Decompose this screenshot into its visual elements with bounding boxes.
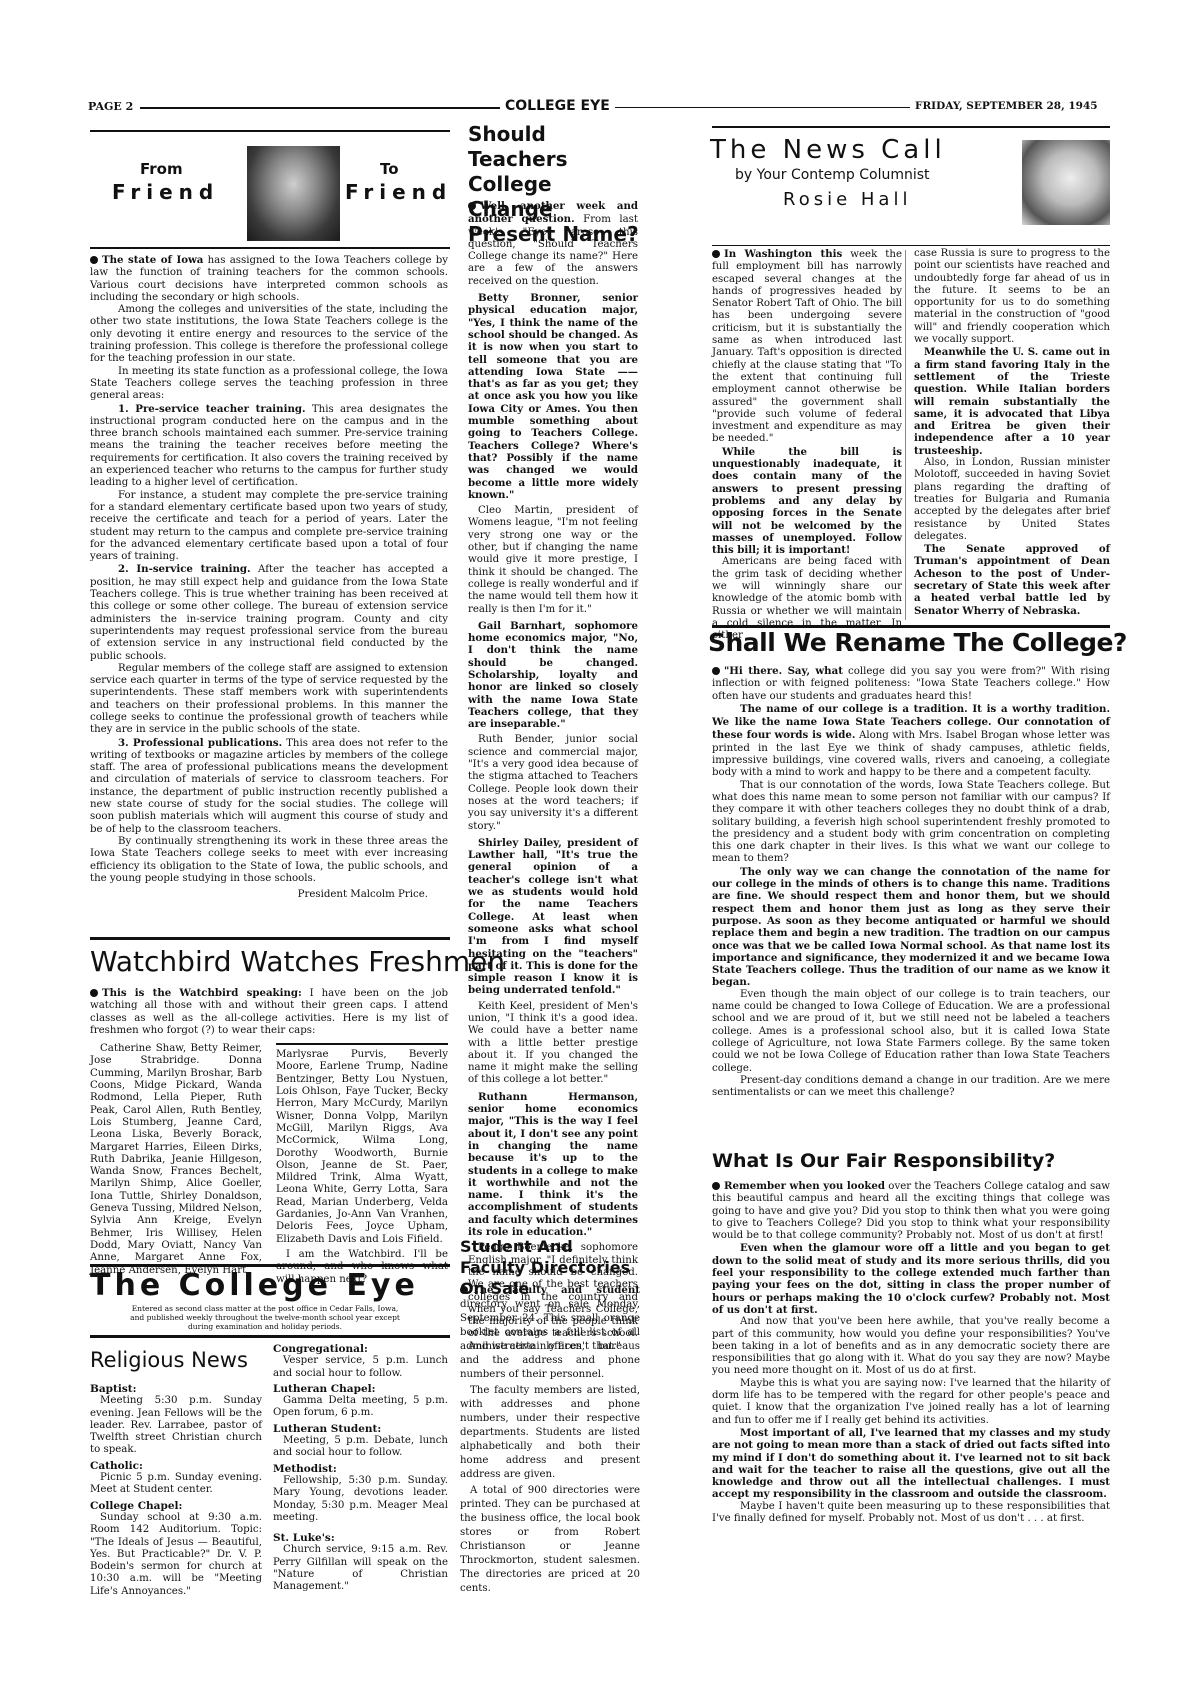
section-rule [90, 1335, 450, 1338]
should-change-intro: Well, another week and another question.… [468, 200, 638, 288]
article-paragraph: Among the colleges and universities of t… [90, 304, 448, 365]
religious-left-column: Baptist: Meeting 5:30 p.m. Sunday evenin… [90, 1380, 262, 1598]
denomination-body: Gamma Delta meeting, 5 p.m. Open forum, … [273, 1395, 448, 1420]
masthead-rule-left [140, 107, 500, 109]
article-paragraph: 3. Professional publications. This area … [90, 737, 448, 836]
rename-paragraph: The only way we can change the connotati… [712, 866, 1110, 989]
denomination-heading: Methodist: [273, 1463, 448, 1475]
college-eye-nameplate: The College Eye [90, 1268, 419, 1303]
denomination-heading: St. Luke's: [273, 1532, 448, 1544]
section-rule [90, 937, 450, 940]
article-paragraph: 1. Pre-service teacher training. This ar… [90, 403, 448, 490]
freshmen-list-right: Marlysrae Purvis, Beverly Moore, Earlene… [276, 1043, 448, 1246]
denomination-heading: College Chapel: [90, 1500, 262, 1512]
news-call-paragraph: Meanwhile the U. S. came out in a firm s… [914, 346, 1110, 457]
watchbird-article: This is the Watchbird speaking: I have b… [90, 987, 448, 1286]
friend-right-label: Friend [345, 180, 452, 204]
denomination-heading: Congregational: [273, 1343, 448, 1355]
to-label: To [380, 160, 399, 178]
responsibility-paragraph: Remember when you looked over the Teache… [712, 1180, 1110, 1242]
bullet-icon [90, 256, 98, 264]
news-call-paragraph: case Russia is sure to progress to the p… [914, 248, 1110, 346]
bullet-icon [712, 250, 720, 258]
rename-paragraph: "Hi there. Say, what college did you say… [712, 665, 1110, 703]
denomination-body: Meeting 5:30 p.m. Sunday evening. Jean F… [90, 1395, 262, 1456]
responsibility-paragraph: And now that you've been here awhile, th… [712, 1316, 1110, 1377]
directories-paragraph: A total of 900 directories were printed.… [460, 1484, 640, 1596]
denomination-heading: Lutheran Chapel: [273, 1383, 448, 1395]
section-rule [90, 247, 450, 249]
directories-article: The faculty and student directory went o… [460, 1283, 640, 1596]
responsibility-article: Remember when you looked over the Teache… [712, 1180, 1110, 1525]
section-rule [712, 126, 1110, 128]
article-paragraph: In meeting its state function as a profe… [90, 366, 448, 403]
rename-paragraph: That is our connotation of the words, Io… [712, 780, 1110, 866]
portrait-photo [247, 146, 340, 241]
friend-left-label: Friend [112, 180, 219, 204]
bullet-icon [712, 667, 720, 675]
watchbird-title: Watchbird Watches Freshmen [90, 945, 505, 978]
section-rule [712, 245, 1110, 246]
denomination-body: Meeting, 5 p.m. Debate, lunch and social… [273, 1435, 448, 1460]
signature: President Malcolm Price. [90, 889, 448, 901]
article-paragraph: 2. In-service training. After the teache… [90, 563, 448, 662]
religious-news-title: Religious News [90, 1348, 248, 1372]
bullet-icon [468, 202, 476, 210]
article-paragraph: The state of Iowa has assigned to the Io… [90, 254, 448, 304]
page-number: PAGE 2 [88, 100, 133, 113]
article-paragraph: For instance, a student may complete the… [90, 490, 448, 564]
news-call-paragraph: The Senate approved of Truman's appointm… [914, 543, 1110, 617]
masthead-paper-name: COLLEGE EYE [505, 98, 610, 114]
responsibility-paragraph: Maybe this is what you are saying now: I… [712, 1378, 1110, 1427]
rename-paragraph: Even though the main object of our colle… [712, 989, 1110, 1075]
denomination-body: Picnic 5 p.m. Sunday evening. Meet at St… [90, 1472, 262, 1497]
news-call-paragraph: While the bill is unquestionably inadequ… [712, 446, 902, 557]
article-paragraph: By continually strengthening its work in… [90, 836, 448, 885]
denomination-body: Fellowship, 5:30 p.m. Sunday. Mary Young… [273, 1475, 448, 1524]
religious-right-column: Congregational: Vesper service, 5 p.m. L… [273, 1340, 448, 1594]
bullet-icon [90, 989, 98, 997]
bullet-icon [712, 1182, 720, 1190]
denomination-body: Vesper service, 5 p.m. Lunch and social … [273, 1355, 448, 1380]
news-call-right-column: case Russia is sure to progress to the p… [914, 248, 1110, 617]
from-label: From [140, 160, 183, 178]
freshmen-list-left: Catherine Shaw, Betty Reimer, Jose Strab… [90, 1043, 262, 1277]
answer: Cleo Martin, president of Womens league,… [468, 505, 638, 616]
directories-paragraph: The faculty members are listed, with add… [460, 1384, 640, 1482]
section-rule [90, 130, 450, 132]
responsibility-paragraph: Maybe I haven't quite been measuring up … [712, 1501, 1110, 1526]
responsibility-paragraph: Even when the glamour wore off a little … [712, 1242, 1110, 1316]
answer: Shirley Dailey, president of Lawther hal… [468, 837, 638, 997]
column-divider [905, 250, 906, 620]
news-call-byline: by Your Contemp Columnist [735, 167, 930, 183]
news-call-paragraph: Also, in London, Russian minister Moloto… [914, 457, 1110, 543]
answer: Gail Barnhart, sophomore home economics … [468, 620, 638, 731]
denomination-body: Church service, 9:15 a.m. Rev. Perry Gil… [273, 1544, 448, 1593]
denomination-heading: Lutheran Student: [273, 1423, 448, 1435]
responsibility-paragraph: Most important of all, I've learned that… [712, 1427, 1110, 1501]
answer: Keith Keel, president of Men's union, "I… [468, 1001, 638, 1087]
masthead-rule-right [615, 107, 910, 108]
rename-title: Shall We Rename The College? [708, 628, 1127, 657]
columnist-photo [1022, 140, 1110, 225]
rename-article: "Hi there. Say, what college did you say… [712, 665, 1110, 1099]
news-call-title: The News Call [710, 135, 946, 165]
answer: Ruthann Hermanson, senior home economics… [468, 1091, 638, 1239]
section-rule [90, 1264, 450, 1267]
masthead-date: FRIDAY, SEPTEMBER 28, 1945 [915, 100, 1098, 112]
friend-article: The state of Iowa has assigned to the Io… [90, 254, 448, 901]
should-change-article: Well, another week and another question.… [468, 200, 638, 1353]
news-call-left-column: In Washington this week the full employm… [712, 248, 902, 643]
watchbird-intro: This is the Watchbird speaking: I have b… [90, 987, 448, 1037]
answer: Betty Bronner, senior physical education… [468, 292, 638, 501]
article-paragraph: Regular members of the college staff are… [90, 663, 448, 737]
answer: Ruth Bender, junior social science and c… [468, 734, 638, 832]
news-call-author: Rosie Hall [783, 189, 911, 210]
news-call-paragraph: In Washington this week the full employm… [712, 248, 902, 446]
college-eye-notice: Entered as second class matter at the po… [130, 1304, 400, 1331]
rename-paragraph: The name of our college is a tradition. … [712, 703, 1110, 780]
directories-paragraph: The faculty and student directory went o… [460, 1283, 640, 1382]
denomination-heading: Catholic: [90, 1460, 262, 1472]
denomination-heading: Baptist: [90, 1383, 262, 1395]
responsibility-title: What Is Our Fair Responsibility? [712, 1150, 1055, 1172]
rename-paragraph: Present-day conditions demand a change i… [712, 1075, 1110, 1100]
denomination-body: Sunday school at 9:30 a.m. Room 142 Audi… [90, 1512, 262, 1598]
bullet-icon [460, 1286, 468, 1294]
